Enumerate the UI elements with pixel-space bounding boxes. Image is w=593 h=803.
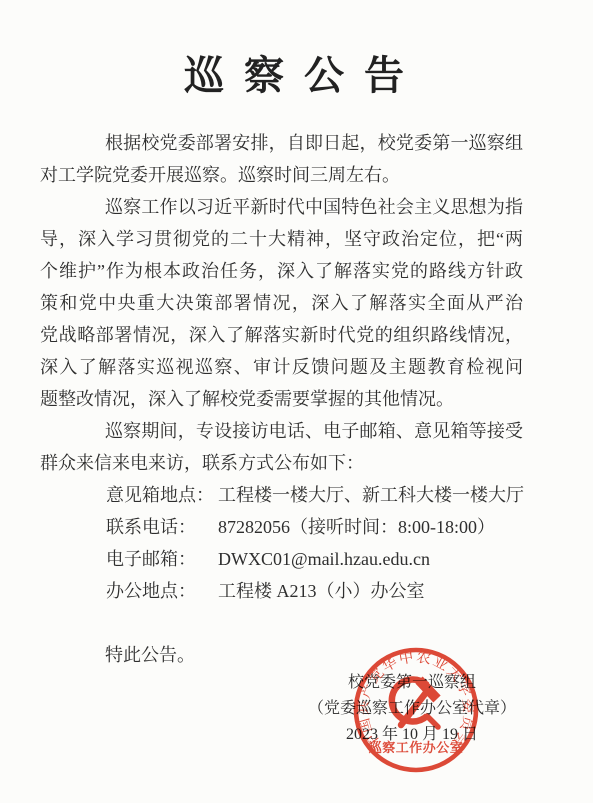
contact-label: 电子邮箱： (106, 549, 196, 569)
closing-text: 特此公告。 (40, 639, 523, 671)
paragraph-line: 对工学院党委开展巡察。巡察时间三周左右。 (40, 159, 523, 191)
paragraph-line: 根据校党委部署安排，自即日起，校党委第一巡察组 (40, 127, 523, 159)
document-body: 根据校党委部署安排，自即日起，校党委第一巡察组 对工学院党委开展巡察。巡察时间三… (40, 127, 523, 671)
paragraph-line: 巡察工作以习近平新时代中国特色社会主义思想为指 (40, 191, 523, 223)
contact-label: 办公地点： (106, 581, 196, 601)
contact-label: 意见箱地点： (106, 485, 214, 505)
signature-block: 校党委第一巡察组 （党委巡察工作办公室代章） 2023 年 10 月 19 日 (297, 670, 527, 748)
paragraph-line: 导，深入学习贯彻党的二十大精神，坚守政治定位，把“两 (40, 223, 523, 255)
contact-value: 87282056（接听时间：8:00-18:00） (218, 511, 495, 543)
contact-value: 工程楼 A213（小）办公室 (218, 575, 425, 607)
paragraph-line: 深入了解落实巡视巡察、审计反馈问题及主题教育检视问 (40, 351, 523, 383)
scanned-notice-page: 巡 察 公 告 根据校党委部署安排，自即日起，校党委第一巡察组 对工学院党委开展… (0, 0, 593, 803)
contact-line-phone: 联系电话： 87282056（接听时间：8:00-18:00） (40, 511, 523, 543)
contact-value: DWXC01@mail.hzau.edu.cn (218, 543, 430, 575)
page-title: 巡 察 公 告 (0, 44, 593, 101)
contact-line-mailbox: 意见箱地点： 工程楼一楼大厅、新工科大楼一楼大厅 (40, 479, 523, 511)
contact-line-office: 办公地点： 工程楼 A213（小）办公室 (40, 575, 523, 607)
paragraph-line: 题整改情况，深入了解校党委需要掌握的其他情况。 (40, 383, 523, 415)
contact-label: 联系电话： (106, 517, 196, 537)
paragraph-line: 党战略部署情况，深入了解落实新时代党的组织路线情况， (40, 319, 523, 351)
paragraph-line: 个维护”作为根本政治任务，深入了解落实党的路线方针政 (40, 255, 523, 287)
contact-value: 工程楼一楼大厅、新工科大楼一楼大厅 (218, 479, 524, 511)
paragraph-line: 巡察期间，专设接访电话、电子邮箱、意见箱等接受 (40, 415, 523, 447)
paragraph-line: 群众来信来电来访，联系方式公布如下： (40, 447, 523, 479)
signature-date: 2023 年 10 月 19 日 (297, 722, 527, 748)
signature-seal-note: （党委巡察工作办公室代章） (297, 696, 527, 722)
paragraph-line: 策和党中央重大决策部署情况，深入了解落实全面从严治 (40, 287, 523, 319)
contact-line-email: 电子邮箱： DWXC01@mail.hzau.edu.cn (40, 543, 523, 575)
signature-org: 校党委第一巡察组 (297, 670, 527, 696)
